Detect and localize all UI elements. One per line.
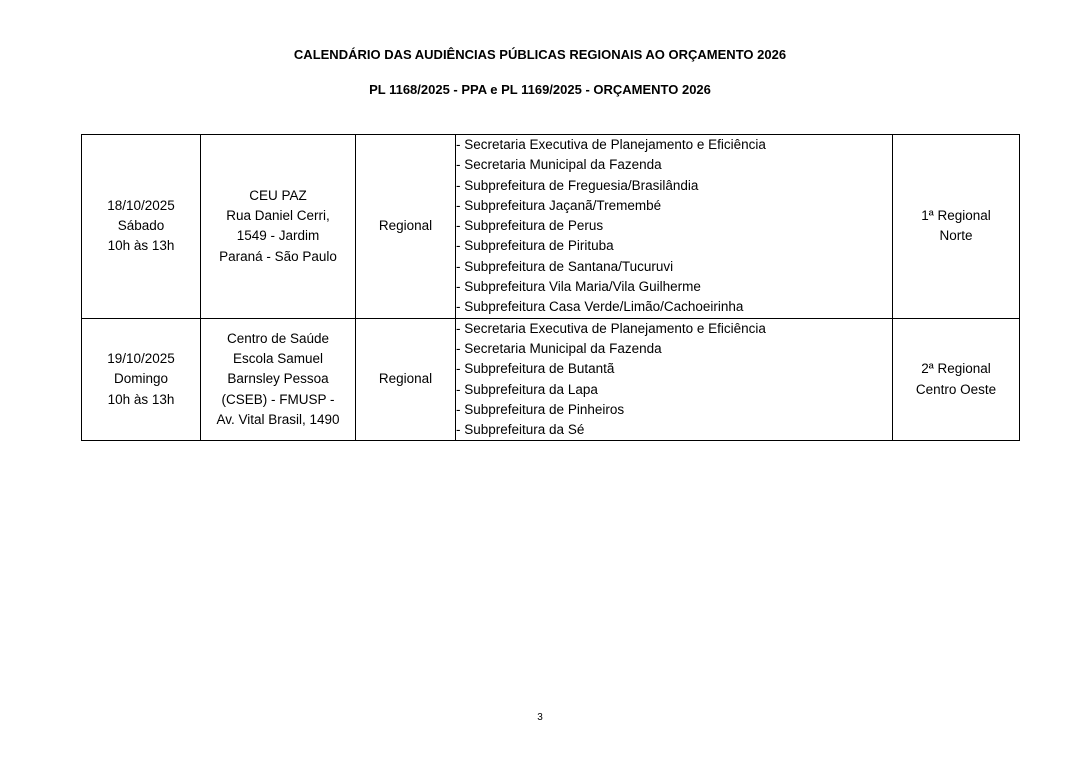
location-line: Av. Vital Brasil, 1490 xyxy=(201,410,355,430)
organ-item: - Secretaria Executiva de Planejamento e… xyxy=(456,319,892,339)
date-line: 10h às 13h xyxy=(82,236,200,256)
type-text: Regional xyxy=(379,218,432,233)
date-line: 19/10/2025 xyxy=(82,349,200,369)
region-line: Centro Oeste xyxy=(893,380,1019,400)
organ-item: - Subprefeitura de Santana/Tucuruvi xyxy=(456,257,892,277)
organ-item: - Subprefeitura de Butantã xyxy=(456,359,892,379)
organ-item: - Subprefeitura Jaçanã/Tremembé xyxy=(456,196,892,216)
organ-item: - Subprefeitura de Pinheiros xyxy=(456,400,892,420)
location-line: Paraná - São Paulo xyxy=(201,247,355,267)
type-text: Regional xyxy=(379,371,432,386)
region-line: 2ª Regional xyxy=(893,359,1019,379)
region-line: 1ª Regional xyxy=(893,206,1019,226)
date-line: Domingo xyxy=(82,369,200,389)
table-row: 19/10/2025Domingo10h às 13hCentro de Saú… xyxy=(82,318,1020,441)
location-line: Escola Samuel xyxy=(201,349,355,369)
document-subtitle: PL 1168/2025 - PPA e PL 1169/2025 - ORÇA… xyxy=(0,82,1080,97)
organ-item: - Subprefeitura de Freguesia/Brasilândia xyxy=(456,176,892,196)
organs-cell: - Secretaria Executiva de Planejamento e… xyxy=(456,135,893,319)
location-line: CEU PAZ xyxy=(201,186,355,206)
date-line: Sábado xyxy=(82,216,200,236)
location-line: Centro de Saúde xyxy=(201,329,355,349)
location-line: 1549 - Jardim xyxy=(201,226,355,246)
organ-item: - Subprefeitura da Sé xyxy=(456,420,892,440)
date-cell: 19/10/2025Domingo10h às 13h xyxy=(82,318,201,441)
organ-item: - Secretaria Executiva de Planejamento e… xyxy=(456,135,892,155)
region-cell: 2ª RegionalCentro Oeste xyxy=(893,318,1020,441)
date-line: 10h às 13h xyxy=(82,390,200,410)
date-cell: 18/10/2025Sábado10h às 13h xyxy=(82,135,201,319)
type-cell: Regional xyxy=(356,318,456,441)
location-line: Barnsley Pessoa xyxy=(201,369,355,389)
location-line: (CSEB) - FMUSP - xyxy=(201,390,355,410)
table-row: 18/10/2025Sábado10h às 13hCEU PAZRua Dan… xyxy=(82,135,1020,319)
page-number: 3 xyxy=(0,712,1080,723)
organ-item: - Subprefeitura Vila Maria/Vila Guilherm… xyxy=(456,277,892,297)
organ-item: - Subprefeitura Casa Verde/Limão/Cachoei… xyxy=(456,297,892,317)
organ-item: - Secretaria Municipal da Fazenda xyxy=(456,339,892,359)
hearings-schedule-table: 18/10/2025Sábado10h às 13hCEU PAZRua Dan… xyxy=(81,134,1020,441)
location-line: Rua Daniel Cerri, xyxy=(201,206,355,226)
region-line: Norte xyxy=(893,226,1019,246)
region-cell: 1ª RegionalNorte xyxy=(893,135,1020,319)
organs-cell: - Secretaria Executiva de Planejamento e… xyxy=(456,318,893,441)
location-cell: CEU PAZRua Daniel Cerri,1549 - JardimPar… xyxy=(201,135,356,319)
type-cell: Regional xyxy=(356,135,456,319)
organ-item: - Subprefeitura da Lapa xyxy=(456,380,892,400)
date-line: 18/10/2025 xyxy=(82,196,200,216)
location-cell: Centro de SaúdeEscola SamuelBarnsley Pes… xyxy=(201,318,356,441)
document-title: CALENDÁRIO DAS AUDIÊNCIAS PÚBLICAS REGIO… xyxy=(0,47,1080,62)
organ-item: - Subprefeitura de Pirituba xyxy=(456,236,892,256)
organ-item: - Subprefeitura de Perus xyxy=(456,216,892,236)
organ-item: - Secretaria Municipal da Fazenda xyxy=(456,155,892,175)
